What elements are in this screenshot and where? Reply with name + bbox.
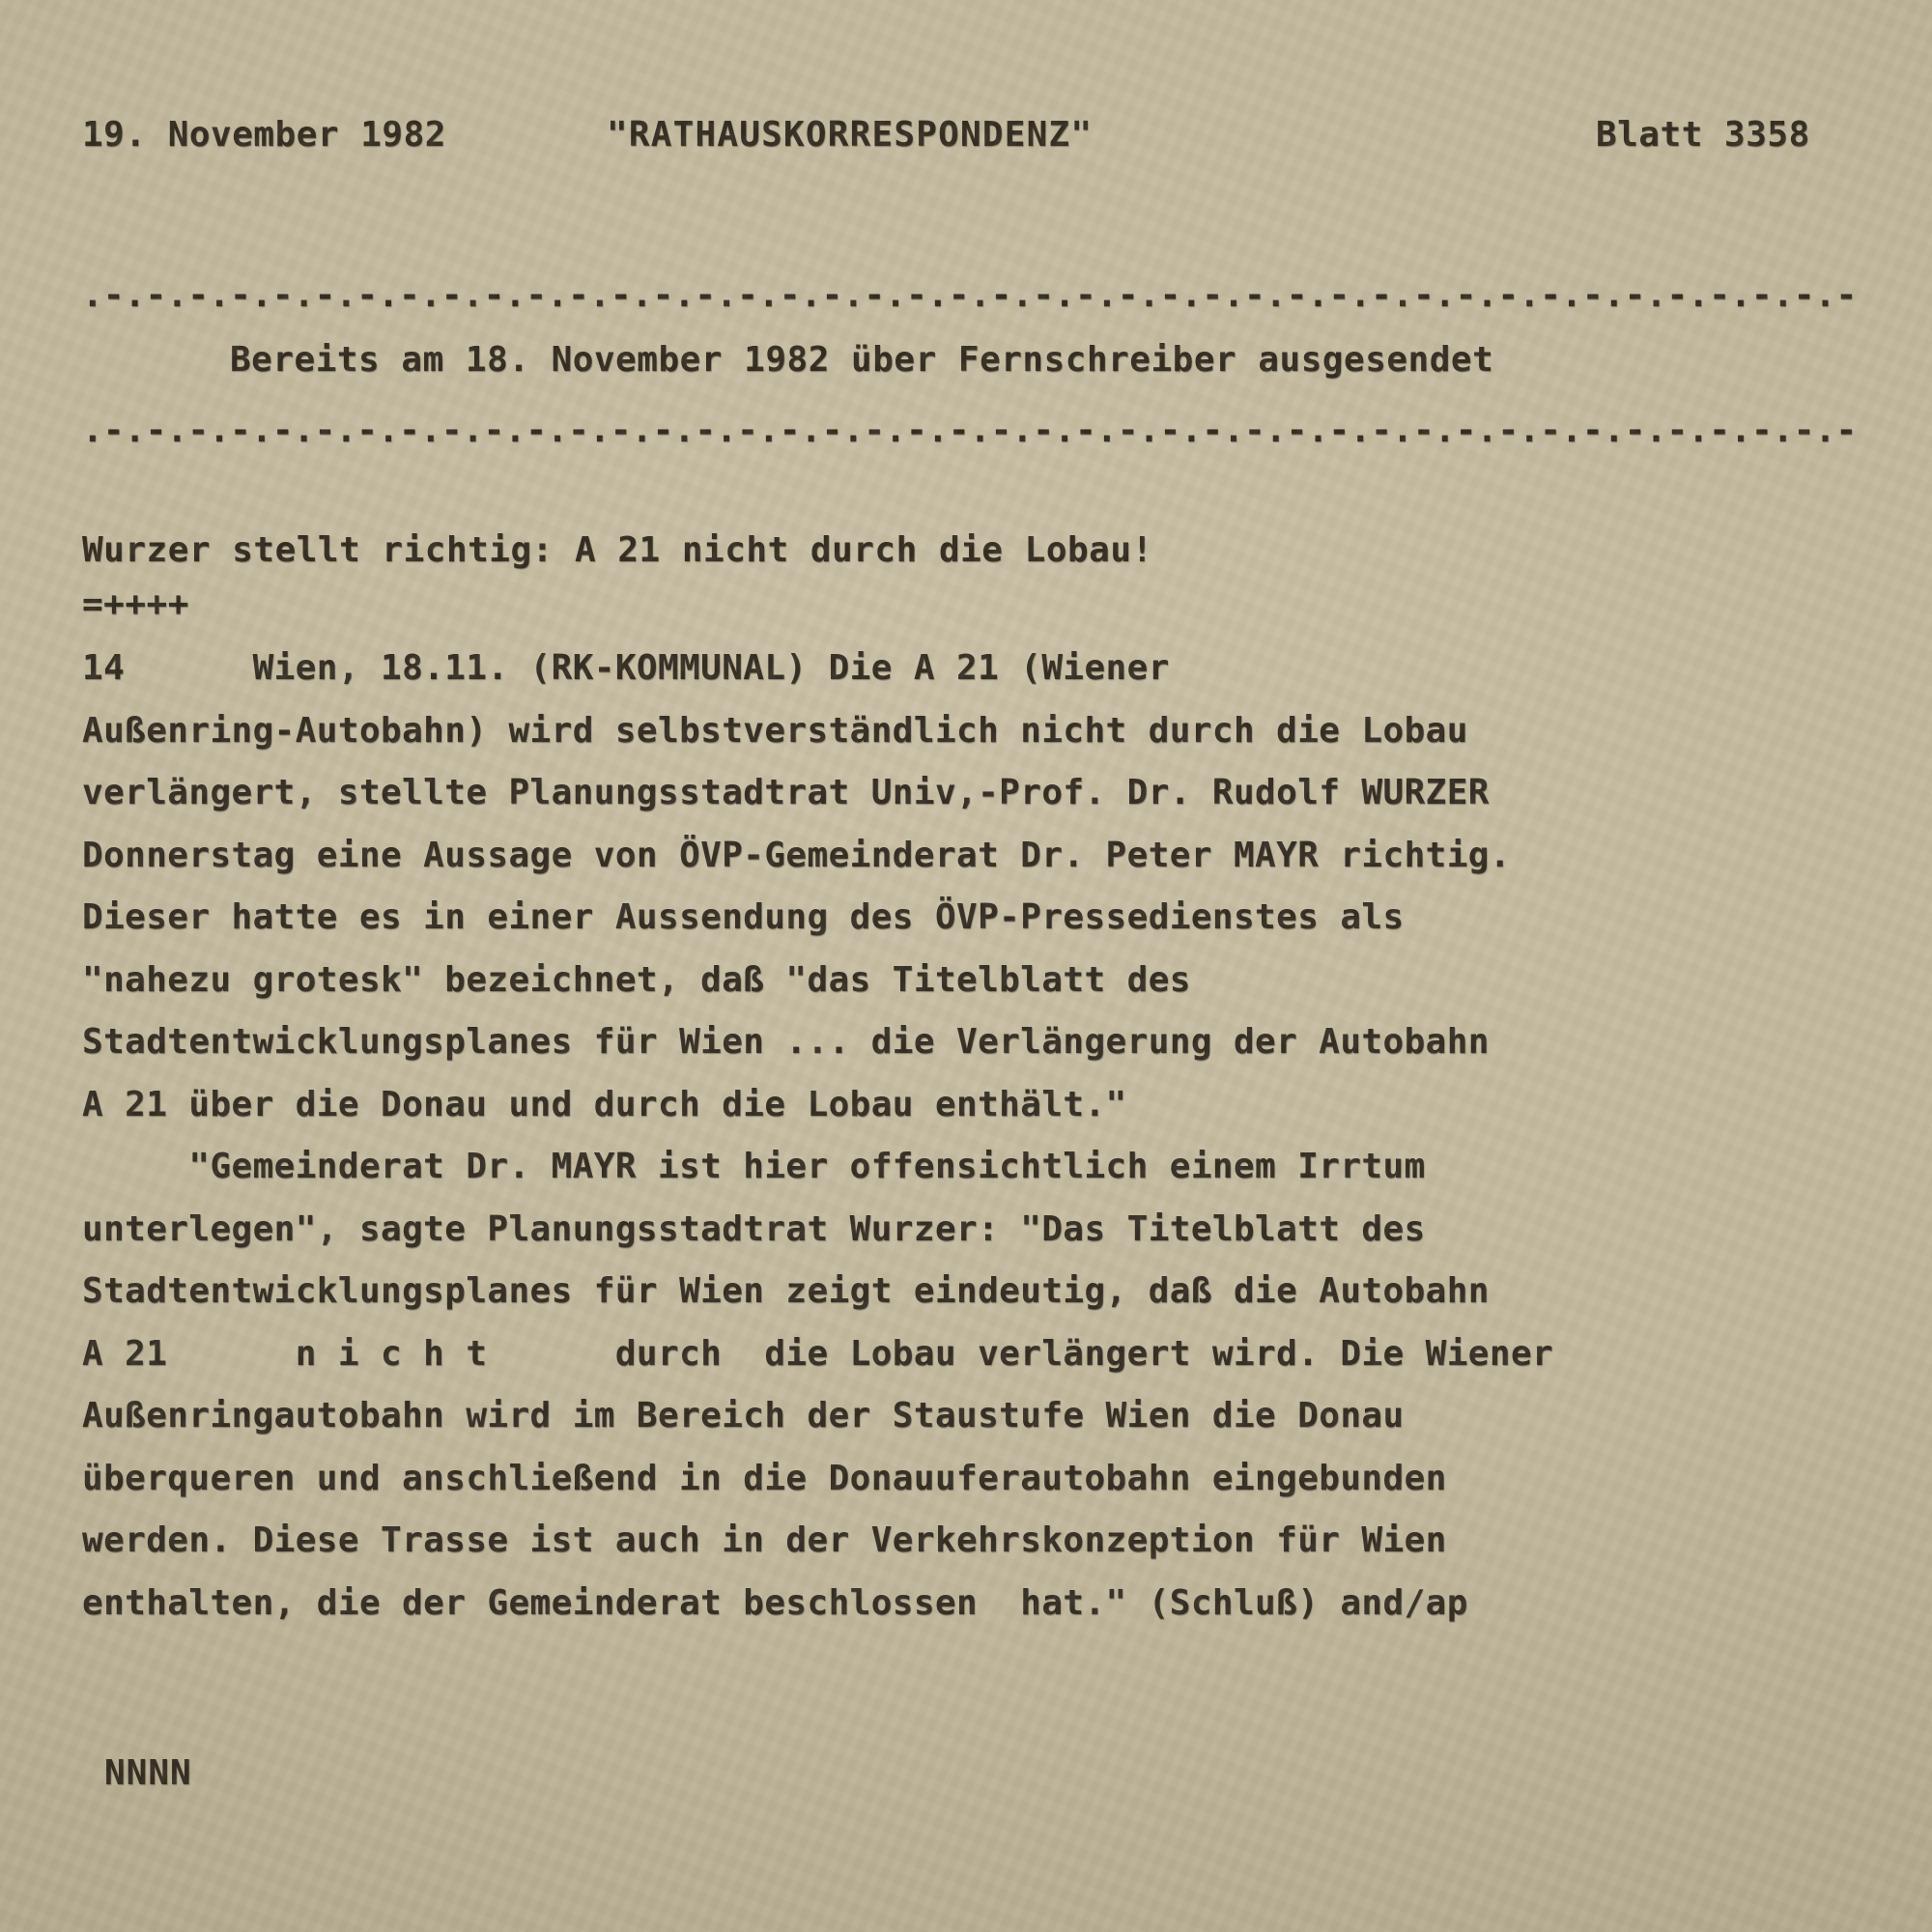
body-line: "Gemeinderat Dr. MAYR ist hier offensich… — [82, 1136, 1512, 1199]
body-line: enthalten, die der Gemeinderat beschloss… — [82, 1573, 1512, 1635]
body-line: überqueren und anschließend in die Donau… — [82, 1448, 1512, 1511]
body-line: Außenring-Autobahn) wird selbstverständl… — [82, 700, 1512, 763]
body-line: 14 Wien, 18.11. (RK-KOMMUNAL) Die A 21 (… — [82, 638, 1512, 700]
scanned-document-page: 19. November 1982 "RATHAUSKORRESPONDENZ"… — [0, 0, 1932, 1932]
body-line: verlängert, stellte Planungsstadtrat Uni… — [82, 762, 1512, 825]
headline: Wurzer stellt richtig: A 21 nicht durch … — [82, 533, 1153, 568]
masthead-title: "RATHAUSKORRESPONDENZ" — [607, 118, 1093, 153]
footer-code: NNNN — [104, 1756, 192, 1791]
body-line: Dieser hatte es in einer Aussendung des … — [82, 887, 1512, 950]
divider-top: .-.-.-.-.-.-.-.-.-.-.-.-.-.-.-.-.-.-.-.-… — [82, 278, 1857, 313]
body-line: werden. Diese Trasse ist auch in der Ver… — [82, 1510, 1512, 1573]
body-line: "nahezu grotesk" bezeichnet, daß "das Ti… — [82, 950, 1512, 1012]
body-line: Stadtentwicklungsplanes für Wien zeigt e… — [82, 1261, 1512, 1323]
body-line: Donnerstag eine Aussage von ÖVP-Gemeinde… — [82, 825, 1512, 888]
body-line: Außenringautobahn wird im Bereich der St… — [82, 1385, 1512, 1448]
divider-bottom: .-.-.-.-.-.-.-.-.-.-.-.-.-.-.-.-.-.-.-.-… — [82, 413, 1857, 448]
article-body: 14 Wien, 18.11. (RK-KOMMUNAL) Die A 21 (… — [82, 638, 1512, 1634]
body-line: A 21 über die Donau und durch die Lobau … — [82, 1074, 1512, 1137]
document-date: 19. November 1982 — [82, 118, 446, 153]
body-line: unterlegen", sagte Planungsstadtrat Wurz… — [82, 1199, 1512, 1262]
sheet-number: Blatt 3358 — [1596, 118, 1810, 153]
telex-note: Bereits am 18. November 1982 über Fernsc… — [230, 343, 1493, 378]
headline-marker: =++++ — [82, 587, 189, 622]
body-line: A 21 n i c h t durch die Lobau verlänger… — [82, 1323, 1512, 1386]
body-line: Stadtentwicklungsplanes für Wien ... die… — [82, 1011, 1512, 1074]
